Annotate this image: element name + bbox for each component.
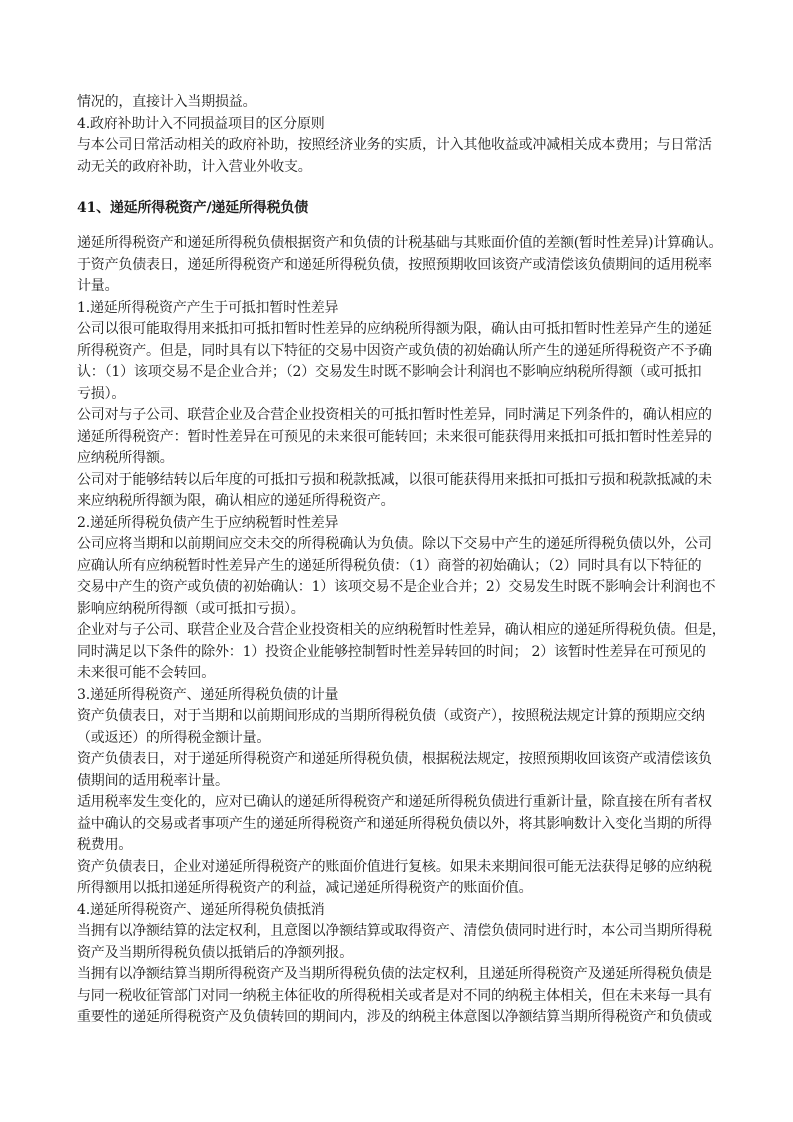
section-heading: 41、递延所得税资产/递延所得税负债	[77, 197, 737, 219]
paragraph-line: 益中确认的交易或者事项产生的递延所得税资产和递延所得税负债以外，将其影响数计入变…	[77, 814, 737, 836]
paragraph-line: 重要性的递延所得税资产及负债转回的期间内，涉及的纳税主体意图以净额结算当期所得税…	[77, 1007, 737, 1029]
paragraph-line: 应确认所有应纳税暂时性差异产生的递延所得税负债：（1）商誉的初始确认；（2）同时…	[77, 556, 737, 578]
paragraph-line: 资产负债表日，对于当期和以前期间形成的当期所得税负债（或资产），按照税法规定计算…	[77, 706, 737, 728]
paragraph-line: 影响应纳税所得额（或可抵扣亏损）。	[77, 599, 737, 621]
document-page: 情况的，直接计入当期损益。 4.政府补助计入不同损益项目的区分原则 与本公司日常…	[77, 92, 737, 1029]
paragraph-line: 与本公司日常活动相关的政府补助，按照经济业务的实质，计入其他收益或冲减相关成本费…	[77, 135, 737, 157]
paragraph-line: 适用税率发生变化的，应对已确认的递延所得税资产和递延所得税负债进行重新计量，除直…	[77, 792, 737, 814]
paragraph-line: 公司对于能够结转以后年度的可抵扣亏损和税款抵减，以很可能获得用来抵扣可抵扣亏损和…	[77, 470, 737, 492]
paragraph-line: 当拥有以净额结算当期所得税资产及当期所得税负债的法定权利，且递延所得税资产及递延…	[77, 964, 737, 986]
paragraph-line: 公司以很可能取得用来抵扣可抵扣暂时性差异的应纳税所得额为限，确认由可抵扣暂时性差…	[77, 319, 737, 341]
paragraph-line: 认：（1）该项交易不是企业合并；（2）交易发生时既不影响会计利润也不影响应纳税所…	[77, 362, 737, 384]
paragraph-line: 与同一税收征管部门对同一纳税主体征收的所得税相关或者是对不同的纳税主体相关，但在…	[77, 986, 737, 1008]
paragraph-line: 应纳税所得额。	[77, 448, 737, 470]
paragraph-line: 企业对与子公司、联营企业及合营企业投资相关的应纳税暂时性差异，确认相应的递延所得…	[77, 620, 737, 642]
paragraph-line: 资产负债表日，企业对递延所得税资产的账面价值进行复核。如果未来期间很可能无法获得…	[77, 857, 737, 879]
paragraph-line: 同时满足以下条件的除外：1）投资企业能够控制暂时性差异转回的时间； 2）该暂时性…	[77, 642, 737, 664]
paragraph-line: 递延所得税资产和递延所得税负债根据资产和负债的计税基础与其账面价值的差额(暂时性…	[77, 233, 737, 255]
subheading: 4.递延所得税资产、递延所得税负债抵消	[77, 900, 737, 922]
paragraph-line: 动无关的政府补助，计入营业外收支。	[77, 157, 737, 179]
subheading: 2.递延所得税负债产生于应纳税暂时性差异	[77, 513, 737, 535]
paragraph-line: 债期间的适用税率计量。	[77, 771, 737, 793]
deferred-tax-section-body: 递延所得税资产和递延所得税负债根据资产和负债的计税基础与其账面价值的差额(暂时性…	[77, 233, 737, 1029]
paragraph-line: 资产负债表日，对于递延所得税资产和递延所得税负债，根据税法规定，按照预期收回该资…	[77, 749, 737, 771]
paragraph-line: 交易中产生的资产或负债的初始确认：1）该项交易不是企业合并；2）交易发生时既不影…	[77, 577, 737, 599]
paragraph-line: 资产及当期所得税负债以抵销后的净额列报。	[77, 943, 737, 965]
paragraph-line: 亏损）。	[77, 384, 737, 406]
paragraph-line: 所得额用以抵扣递延所得税资产的利益，减记递延所得税资产的账面价值。	[77, 878, 737, 900]
paragraph-line: 情况的，直接计入当期损益。	[77, 92, 737, 114]
paragraph-line: 来应纳税所得额为限，确认相应的递延所得税资产。	[77, 491, 737, 513]
paragraph-line: 所得税资产。但是，同时具有以下特征的交易中因资产或负债的初始确认所产生的递延所得…	[77, 341, 737, 363]
paragraph-line: 未来很可能不会转回。	[77, 663, 737, 685]
paragraph-line: （或返还）的所得税金额计量。	[77, 728, 737, 750]
paragraph-line: 递延所得税资产：暂时性差异在可预见的未来很可能转回；未来很可能获得用来抵扣可抵扣…	[77, 427, 737, 449]
subheading: 1.递延所得税资产产生于可抵扣暂时性差异	[77, 298, 737, 320]
paragraph-line: 于资产负债表日，递延所得税资产和递延所得税负债，按照预期收回该资产或清偿该负债期…	[77, 255, 737, 277]
paragraph-line: 税费用。	[77, 835, 737, 857]
paragraph-line: 计量。	[77, 276, 737, 298]
subheading: 3.递延所得税资产、递延所得税负债的计量	[77, 685, 737, 707]
subheading: 4.政府补助计入不同损益项目的区分原则	[77, 114, 737, 136]
government-grants-continuation: 情况的，直接计入当期损益。 4.政府补助计入不同损益项目的区分原则 与本公司日常…	[77, 92, 737, 178]
paragraph-line: 公司对与子公司、联营企业及合营企业投资相关的可抵扣暂时性差异，同时满足下列条件的…	[77, 405, 737, 427]
paragraph-line: 当拥有以净额结算的法定权利，且意图以净额结算或取得资产、清偿负债同时进行时，本公…	[77, 921, 737, 943]
paragraph-line: 公司应将当期和以前期间应交未交的所得税确认为负债。除以下交易中产生的递延所得税负…	[77, 534, 737, 556]
